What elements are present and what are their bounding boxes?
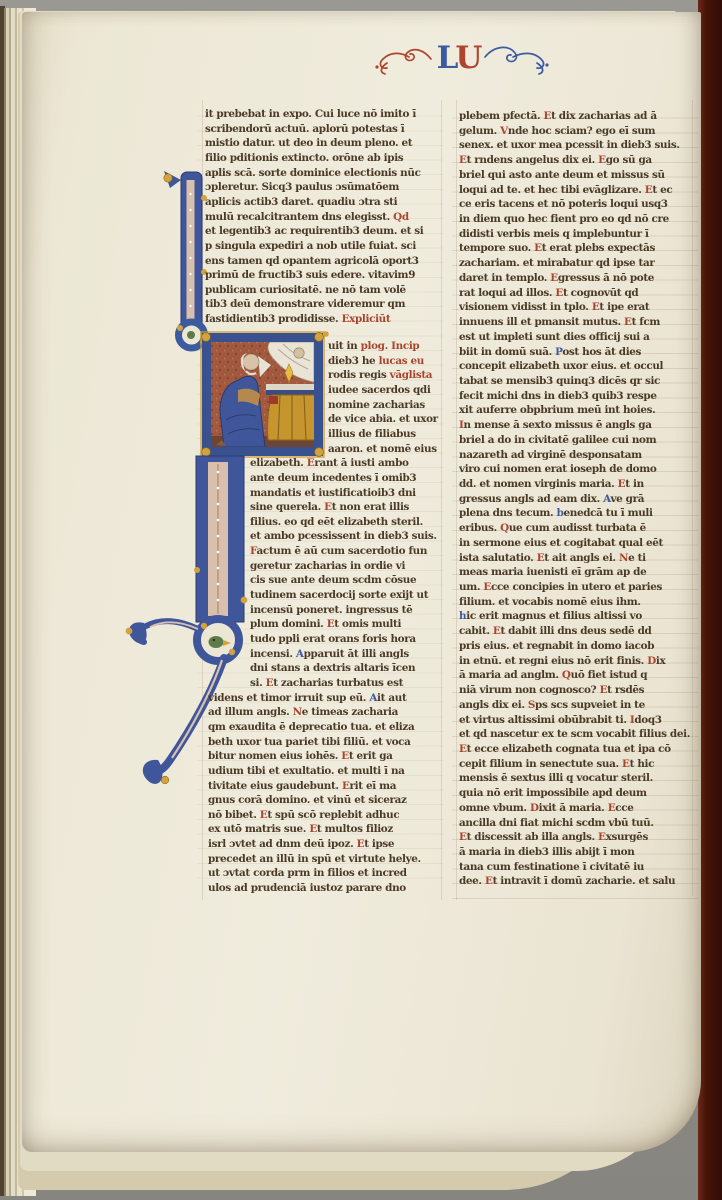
text-line: tempore suo. Et erat plebs expectās <box>459 242 697 254</box>
text-line: ce eris tacens et nō poteris loqui usq3 <box>459 198 697 210</box>
text-line: gelum. Vnde hoc sciam? ego eī sum <box>459 125 697 137</box>
text-line: tib3 deū demonstrare videremur qm <box>205 298 441 310</box>
text-line: innuens ill et pmansit mutus. Et fcm <box>459 316 697 328</box>
text-line: si. Et zacharias turbatus est <box>250 677 440 689</box>
text-line: geretur zacharias in ordie vi <box>250 560 440 572</box>
text-line: plebem pfectā. Et dix zacharias ad ā <box>459 110 697 122</box>
text-line: sine querela. Et non erat illis <box>250 501 440 513</box>
text-line: dieb3 he lucas eu <box>328 355 440 367</box>
text-line: et qd nascetur ex te scm vocabit filius … <box>459 728 697 740</box>
text-line: mandatis et iustificatioib3 dni <box>250 487 440 499</box>
miniature-zacharias <box>201 331 329 457</box>
text-line: briel qui asto ante deum et missus sū <box>459 169 697 181</box>
text-line: hic erit magnus et filius altissi vo <box>459 610 697 622</box>
text-line: zachariam. et mirabatur qd ipse tar <box>459 257 697 269</box>
text-line: ancilla dni fiat michi scdm vbū tuū. <box>459 817 697 829</box>
text-line: scribendorū actuū. aplorū potestas ī <box>205 123 441 135</box>
text-line: biit in domū suā. Post hos āt dies <box>459 346 697 358</box>
text-line: aplis scā. sorte dominice electionis nūc <box>205 167 441 179</box>
text-line: uit in plog. Incip <box>328 340 440 352</box>
text-line: loqui ad te. et hec tibi evāglizare. Et … <box>459 184 697 196</box>
text-line: fecit michi dns in dieb3 quib3 respe <box>459 390 697 402</box>
text-line: primū de fructib3 suis edere. vitavim9 <box>205 269 441 281</box>
text-line: didisti verbis meis q implebuntur ī <box>459 228 697 240</box>
text-line: mistio datur. ut deo in deum pleno. et <box>205 137 441 149</box>
text-line: in etnū. et regni eius nō erit finis. Di… <box>459 655 697 667</box>
text-line: in diem quo hec fient pro eo qd nō cre <box>459 213 697 225</box>
text-line: concepit elizabeth uxor eius. et occul <box>459 360 697 372</box>
text-line: beth uxor tua pariet tibi filiū. et voca <box>208 736 440 748</box>
text-line: qm exaudita ē deprecatio tua. et eliza <box>208 721 440 733</box>
text-line: et legentib3 ac requirentib3 deum. et si <box>205 225 441 237</box>
text-line: aplicis actib3 daret. quadiu ɔtra sti <box>205 196 441 208</box>
text-line: publicam curiositatē. ne nō tam volē <box>205 284 441 296</box>
text-line: elizabeth. Erant ā iusti ambo <box>250 457 440 469</box>
text-line: briel a do in civitatē galilee cui nom <box>459 434 697 446</box>
text-line: ā maria in dieb3 illis abijt ī mon <box>459 846 697 858</box>
text-line: it prebebat in expo. Cui luce nō imito ī <box>205 108 441 120</box>
text-line: rat loqui ad illos. Et cognovūt qd <box>459 287 697 299</box>
text-line: dni stans a dextris altaris īcen <box>250 662 440 674</box>
text-line: et virtus altissimi obūbrabit ti. Idoq3 <box>459 714 697 726</box>
running-title-letter: L <box>437 43 456 73</box>
text-line: visionem vidisst in tplo. Et ipe erat <box>459 301 697 313</box>
text-line: xit auferre obpbrium meū int hoies. <box>459 404 697 416</box>
running-title-letters: LU <box>437 43 480 73</box>
text-line: iudee sacerdos qdi <box>328 384 440 396</box>
text-line: in sermone eius et cogitabat qual eēt <box>459 537 697 549</box>
text-line: daret in templo. Egressus ā nō pote <box>459 272 697 284</box>
text-line: bitur nomen eius iohēs. Et erit ga <box>208 750 440 762</box>
text-line: ista salutatio. Et ait angls ei. Ne ti <box>459 552 697 564</box>
text-line: rodis regis vāglista <box>328 369 440 381</box>
text-line: ad illum angls. Ne timeas zacharia <box>208 706 440 718</box>
column-rule <box>441 100 442 900</box>
text-line: est ut impleti sunt dies officij sui a <box>459 331 697 343</box>
text-line: incensū poneret. ingressus tē <box>250 604 440 616</box>
text-line: Factum ē aū cum sacerdotio fun <box>250 545 440 557</box>
text-line: ulos ad prudenciā iustoz parare dno <box>208 882 440 894</box>
text-line: plum domini. Et omis multi <box>250 618 440 630</box>
text-line: cabit. Et dabit illi dns deus sedē dd <box>459 625 697 637</box>
text-line: In mense ā sexto missus ē angls ga <box>459 419 697 431</box>
text-line: plena dns tecum. benedcā tu ī muli <box>459 507 697 519</box>
flourish-right-icon <box>481 41 551 75</box>
text-line: omne vbum. Dixit ā maria. Ecce <box>459 802 697 814</box>
text-line: filius. eo qd eēt elizabeth steril. <box>250 516 440 528</box>
text-line: filium. et vocabis nomē eius ihm. <box>459 596 697 608</box>
text-line: ut ɔvtat corda prm in filios et incred <box>208 867 440 879</box>
text-line: um. Ecce concipies in utero et paries <box>459 581 697 593</box>
text-line: angls dix ei. Sps scs supveiet in te <box>459 699 697 711</box>
text-line: nomine zacharias <box>328 399 440 411</box>
text-line: viro cui nomen erat ioseph de domo <box>459 463 697 475</box>
text-line: incensi. Apparuit āt illi angls <box>250 648 440 660</box>
flourish-left-icon <box>373 41 435 75</box>
text-line: mulū recalcitrantem dns elegisst. Qd <box>205 211 441 223</box>
text-line: cis sue ante deum scdm cōsue <box>250 574 440 586</box>
text-line: eribus. Que cum audisst turbata ē <box>459 522 697 534</box>
text-line: ex utō matris sue. Et multos filioz <box>208 823 440 835</box>
text-line: tudinem sacerdocij sorte exijt ut <box>250 589 440 601</box>
text-line: tudo ppli erat orans foris hora <box>250 633 440 645</box>
text-line: illius de filiabus <box>328 428 440 440</box>
text-line: ā maria ad anglm. Quō fiet istud q <box>459 669 697 681</box>
text-line: dd. et nomen virginis maria. Et in <box>459 478 697 490</box>
text-line: mensis ē sextus illi q vocatur steril. <box>459 772 697 784</box>
text-line: nazareth ad virginē desponsatam <box>459 449 697 461</box>
text-line: quia nō erit impossibile apd deum <box>459 787 697 799</box>
text-line: nō bibet. Et spū scō replebit adhuc <box>208 809 440 821</box>
text-line: isrl ɔvtet ad dnm deū ipoz. Et ipse <box>208 838 440 850</box>
text-line: Et discessit ab illa angls. Exsurgēs <box>459 831 697 843</box>
text-line: ɔpleretur. Sicq3 paulus ɔsūmatōem <box>205 181 441 193</box>
text-line: niā virum non cognosco? Et rsdēs <box>459 684 697 696</box>
book-cover-edge <box>698 0 722 1200</box>
text-line: senex. et uxor mea pcessit in dieb3 suis… <box>459 139 697 151</box>
text-line: tana cum festinatione ī civitatē iu <box>459 861 697 873</box>
text-line: udium tibi et exultatio. et multi ī na <box>208 765 440 777</box>
text-line: dee. Et intravit ī domū zacharie. et sal… <box>459 875 697 887</box>
text-line: videns et timor irruit sup eū. Ait aut <box>208 692 440 704</box>
text-line: aaron. et nomē eius <box>328 443 440 455</box>
running-title-letter: U <box>455 43 479 73</box>
text-line: ens tamen qd opantem agricolā oport3 <box>205 255 441 267</box>
text-line: pris eius. et regnabit in domo iacob <box>459 640 697 652</box>
text-line: meas maria iuenisti eī grām ap de <box>459 566 697 578</box>
photographed-manuscript-book: LU <box>0 0 722 1200</box>
text-line: Et rndens angelus dix ei. Ego sū ga <box>459 154 697 166</box>
text-line: gnus corā domino. et vinū et siceraz <box>208 794 440 806</box>
text-line: tivitate eius gaudebunt. Erit eī ma <box>208 780 440 792</box>
text-line: et ambo pcessissent in dieb3 suis. <box>250 530 440 542</box>
text-line: Et ecce elizabeth cognata tua et ipa cō <box>459 743 697 755</box>
text-line: cepit filium in senectute sua. Et hic <box>459 758 697 770</box>
text-line: tabat se mensib3 quinq3 dicēs qr sic <box>459 375 697 387</box>
running-title: LU <box>352 34 572 82</box>
text-line: p singula expediri a nob utile fuiat. sc… <box>205 240 441 252</box>
text-line: filio pditionis extincto. orōne ab ipis <box>205 152 441 164</box>
text-line: de vice abia. et uxor <box>328 413 440 425</box>
text-line: fastidientib3 prodidisse. Expliciūt <box>205 313 441 325</box>
column-rule <box>456 100 457 900</box>
text-line: ante deum incedentes ī omib3 <box>250 472 440 484</box>
text-line: gressus angls ad eam dix. Ave grā <box>459 493 697 505</box>
text-line: precedet an illū in spū et virtute helye… <box>208 853 440 865</box>
